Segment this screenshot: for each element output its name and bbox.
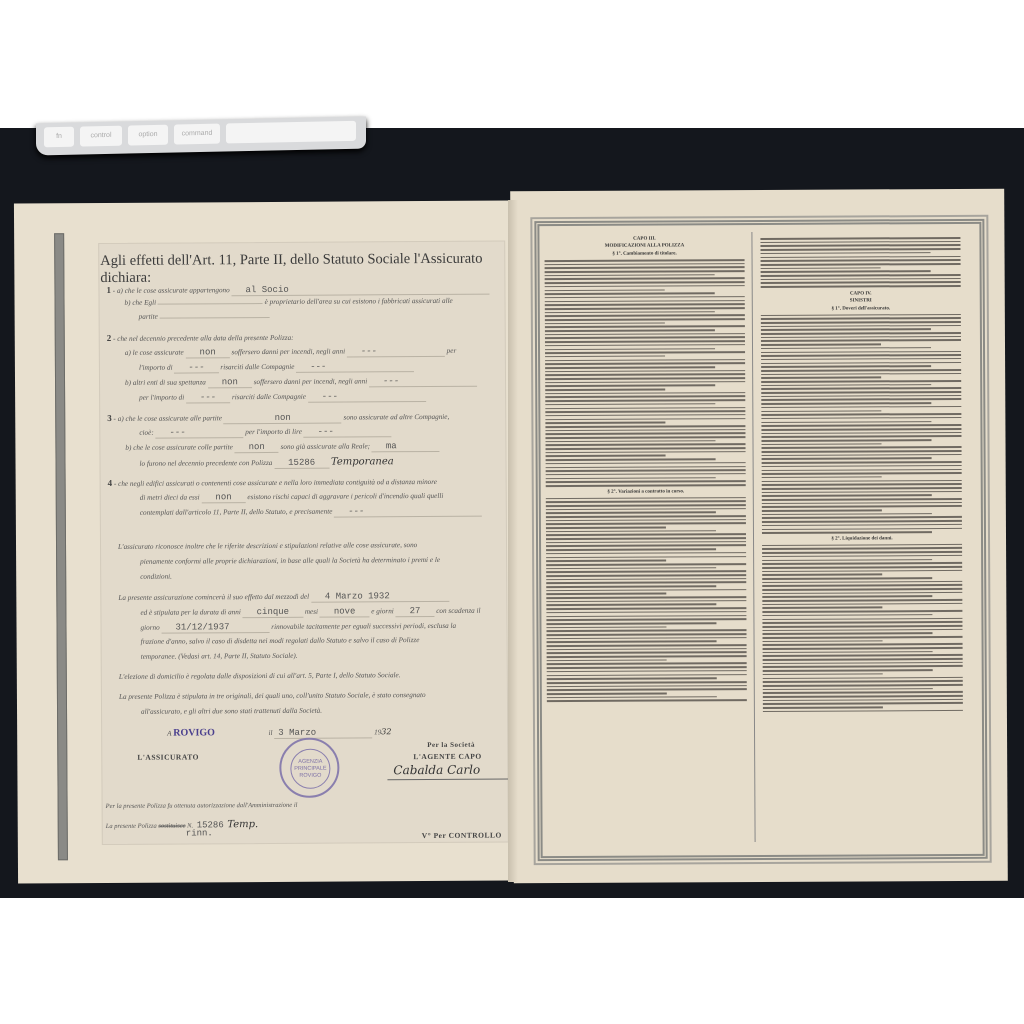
declaration-title: Agli effetti dell'Art. 11, Parte II, del… xyxy=(100,250,516,287)
statute-text-block xyxy=(761,314,962,534)
issue-date: 3 Marzo xyxy=(274,727,372,739)
chapter-3-section-1: § 1°. Cambiamento di titolare. xyxy=(545,251,745,257)
statute-text-block xyxy=(762,544,963,713)
item-4-line1: 4 - che negli edifici assicurati o conte… xyxy=(108,476,437,488)
start-date-line: La presente assicurazione comincerà il s… xyxy=(118,591,449,604)
item-4-line3: contemplati dall'articolo 11, Parte II, … xyxy=(140,506,482,519)
agent-label: L'AGENTE CAPO xyxy=(413,752,481,761)
item-2b-importo: per l'importo di --- risarciti dalle Com… xyxy=(139,391,426,404)
control-label: V° Per CONTROLLO xyxy=(422,831,502,840)
item-3b: b) che le cose assicurate colle partite … xyxy=(125,441,439,454)
statute-column-right: CAPO IV. SINISTRI § 1°. Doveri dell'assi… xyxy=(760,235,963,836)
chapter-4-section-2: § 2°. Liquidazione dei danni. xyxy=(762,536,962,542)
expiry-date: 31/12/1937 xyxy=(161,622,269,634)
previous-policy-number: 15286 xyxy=(274,458,329,469)
originals-line2: all'assicurato, e gli altri due sono sta… xyxy=(141,707,322,716)
page-fold xyxy=(508,200,518,882)
duration-months: nove xyxy=(320,606,370,617)
item-1a: 1 - a) che le cose assicurate appartengo… xyxy=(106,283,489,297)
chapter-4-number: CAPO IV. xyxy=(761,291,961,297)
policy-ref-line: La presente Polizza sostituisce N. 15286… xyxy=(106,819,259,831)
recognition-line3: condizioni. xyxy=(140,573,172,581)
owner-field: al Socio xyxy=(232,284,490,297)
item-4-line2: di metri dieci da essi non esistono risc… xyxy=(140,491,444,504)
duration-line: ed è stipulata per la durata di anni cin… xyxy=(140,606,480,619)
item-2a-importo: l'importo di --- risarciti dalle Compagn… xyxy=(139,361,414,374)
chapter-3-section-2: § 2°. Variazioni a contratto in corso. xyxy=(546,489,746,495)
statute-text-block xyxy=(546,497,747,702)
statute-text-block xyxy=(760,237,960,288)
statute-text-block xyxy=(545,259,746,487)
binding-strip xyxy=(54,233,68,860)
keyboard-key-option: option xyxy=(128,125,168,146)
policy-type-handwritten: Temporanea xyxy=(331,456,394,467)
item-3a-cioe: cioè: --- per l'importo di lire --- xyxy=(139,426,391,439)
place-stamp: ROVIGO xyxy=(173,727,215,738)
item-2b: b) altri enti di sua spettanza non soffe… xyxy=(125,376,477,389)
item-3b-polizza: lo furono nel decennio precedente con Po… xyxy=(139,456,393,470)
society-label: Per la Società xyxy=(427,741,475,749)
duration-line5: temporanee. (Vedasi art. 14, Parte II, S… xyxy=(141,652,298,661)
chapter-3-heading: MODIFICAZIONI ALLA POLIZZA xyxy=(544,243,744,249)
statute-column-left: CAPO III. MODIFICAZIONI ALLA POLIZZA § 1… xyxy=(544,236,747,837)
item-2-intro: 2 - che nel decennio precedente alla dat… xyxy=(107,332,294,343)
right-page: CAPO III. MODIFICAZIONI ALLA POLIZZA § 1… xyxy=(510,189,1008,884)
duration-days: 27 xyxy=(396,606,435,617)
keyboard-key-fn: fn xyxy=(44,127,74,148)
duration-years: cinque xyxy=(243,607,303,618)
policy-note: rinn. xyxy=(186,828,213,838)
domicile-clause: L'elezione di domicilio è regolata dalle… xyxy=(119,671,401,681)
keyboard-key-control: control xyxy=(80,126,122,147)
chapter-4-section-1: § 1°. Doveri dell'assicurato. xyxy=(761,306,961,312)
keyboard-key-command: command xyxy=(174,124,220,145)
item-1-partite: partite xyxy=(139,312,270,321)
keyboard-key-space xyxy=(226,121,356,144)
duration-line4: frazione d'anno, salvo il caso di disdet… xyxy=(141,636,420,646)
authorization-note: Per la presente Polizza fu ottenuta auto… xyxy=(106,802,298,810)
agency-stamp: AGENZIA PRINCIPALE ROVIGO xyxy=(279,738,339,798)
item-2a: a) le cose assicurate non soffersero dan… xyxy=(125,346,456,359)
item-3a: 3 - a) che le cose assicurate alle parti… xyxy=(107,411,449,425)
expiry-line: giorno 31/12/1937 rinnovabile tacitament… xyxy=(140,621,456,634)
chapter-4-heading: SINISTRI xyxy=(761,298,961,304)
start-date: 4 Marzo 1932 xyxy=(311,591,449,603)
left-page: Agli effetti dell'Art. 11, Parte II, del… xyxy=(14,200,520,883)
place-date-line: A ROVIGO il 3 Marzo 1932 xyxy=(167,726,391,739)
chapter-3-number: CAPO III. xyxy=(544,236,744,242)
insured-label: L'ASSICURATO xyxy=(137,752,199,761)
agent-signature: Cabalda Carlo xyxy=(393,763,480,778)
